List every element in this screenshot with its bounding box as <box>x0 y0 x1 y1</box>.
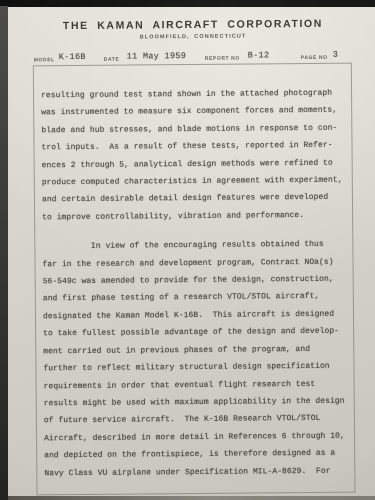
page-no-field-label: PAGE NO <box>301 55 328 61</box>
company-location: BLOOMFIELD, CONNECTICUT <box>7 32 374 41</box>
photo-background-bottom <box>8 496 375 500</box>
page-no-field-value: 3 <box>333 50 338 60</box>
report-no-field-label: REPORT NO <box>205 56 240 62</box>
company-name: THE KAMAN AIRCRAFT CORPORATION <box>6 17 373 32</box>
date-field-label: DATE <box>104 57 120 63</box>
scanned-report-page: THE KAMAN AIRCRAFT CORPORATION BLOOMFIEL… <box>0 0 375 500</box>
model-field-label: MODEL <box>34 57 55 63</box>
date-field-value: 11 May 1959 <box>127 51 187 62</box>
report-no-field-value: B-12 <box>248 50 270 60</box>
paragraph-2: In view of the encouraging results obtai… <box>42 236 350 482</box>
paragraph-1: resulting ground test stand shown in the… <box>41 85 348 227</box>
model-field-value: K-16B <box>59 52 86 62</box>
document-text-box: resulting ground test stand shown in the… <box>33 63 356 496</box>
paper-content: THE KAMAN AIRCRAFT CORPORATION BLOOMFIEL… <box>6 5 375 497</box>
paper-sheet: THE KAMAN AIRCRAFT CORPORATION BLOOMFIEL… <box>8 7 375 496</box>
